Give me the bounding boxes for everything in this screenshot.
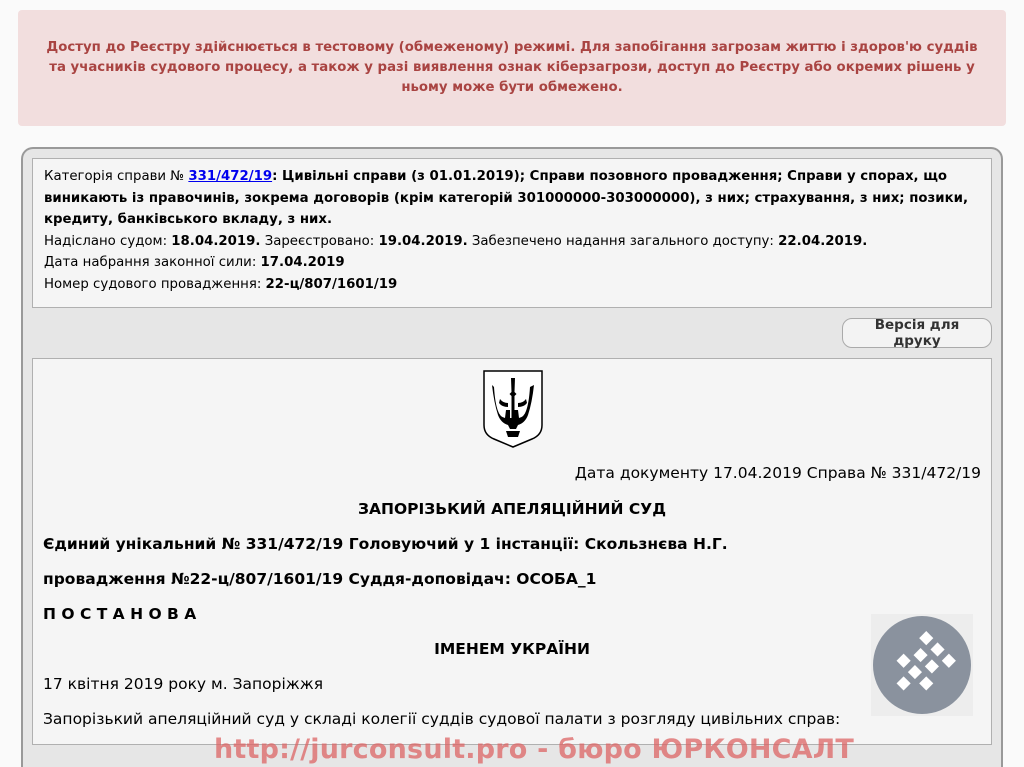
proceeding-line: провадження №22-ц/807/1601/19 Суддя-допо… [43, 570, 596, 588]
trident-coat-of-arms-icon [482, 369, 544, 449]
case-effective-date: Дата набрання законної сили: 17.04.2019 [44, 252, 980, 274]
document-body: Дата документу 17.04.2019 Справа № 331/4… [32, 358, 992, 745]
case-dates: Надіслано судом: 18.04.2019. Зареєстрова… [44, 231, 980, 253]
registry-access-alert: Доступ до Реєстру здійснюється в тестово… [18, 10, 1006, 126]
watermark-text: http://jurconsult.pro - бюро ЮРКОНСАЛТ [214, 734, 814, 765]
document-date-line: Дата документу 17.04.2019 Справа № 331/4… [575, 464, 981, 482]
decision-type: П О С Т А Н О В А [43, 605, 196, 623]
case-category: Категорія справи № 331/472/19: Цивільні … [44, 166, 980, 231]
print-version-button[interactable]: Версія для друку [842, 318, 992, 348]
jurconsult-logo-icon [871, 614, 973, 716]
unique-number-line: Єдиний унікальний № 331/472/19 Головуючи… [43, 535, 728, 553]
alert-text: Доступ до Реєстру здійснюється в тестово… [36, 38, 988, 98]
date-place-line: 17 квітня 2019 року м. Запоріжжя [43, 675, 323, 693]
body-start: Запорізький апеляційний суд у складі кол… [43, 710, 840, 728]
case-info-panel: Категорія справи № 331/472/19: Цивільні … [32, 158, 992, 308]
case-number-link[interactable]: 331/472/19 [188, 169, 272, 184]
in-the-name-of-ukraine: ІМЕНЕМ УКРАЇНИ [33, 640, 991, 658]
court-name: ЗАПОРІЗЬКИЙ АПЕЛЯЦІЙНИЙ СУД [33, 500, 991, 518]
case-proceeding-number: Номер судового провадження: 22-ц/807/160… [44, 274, 980, 296]
